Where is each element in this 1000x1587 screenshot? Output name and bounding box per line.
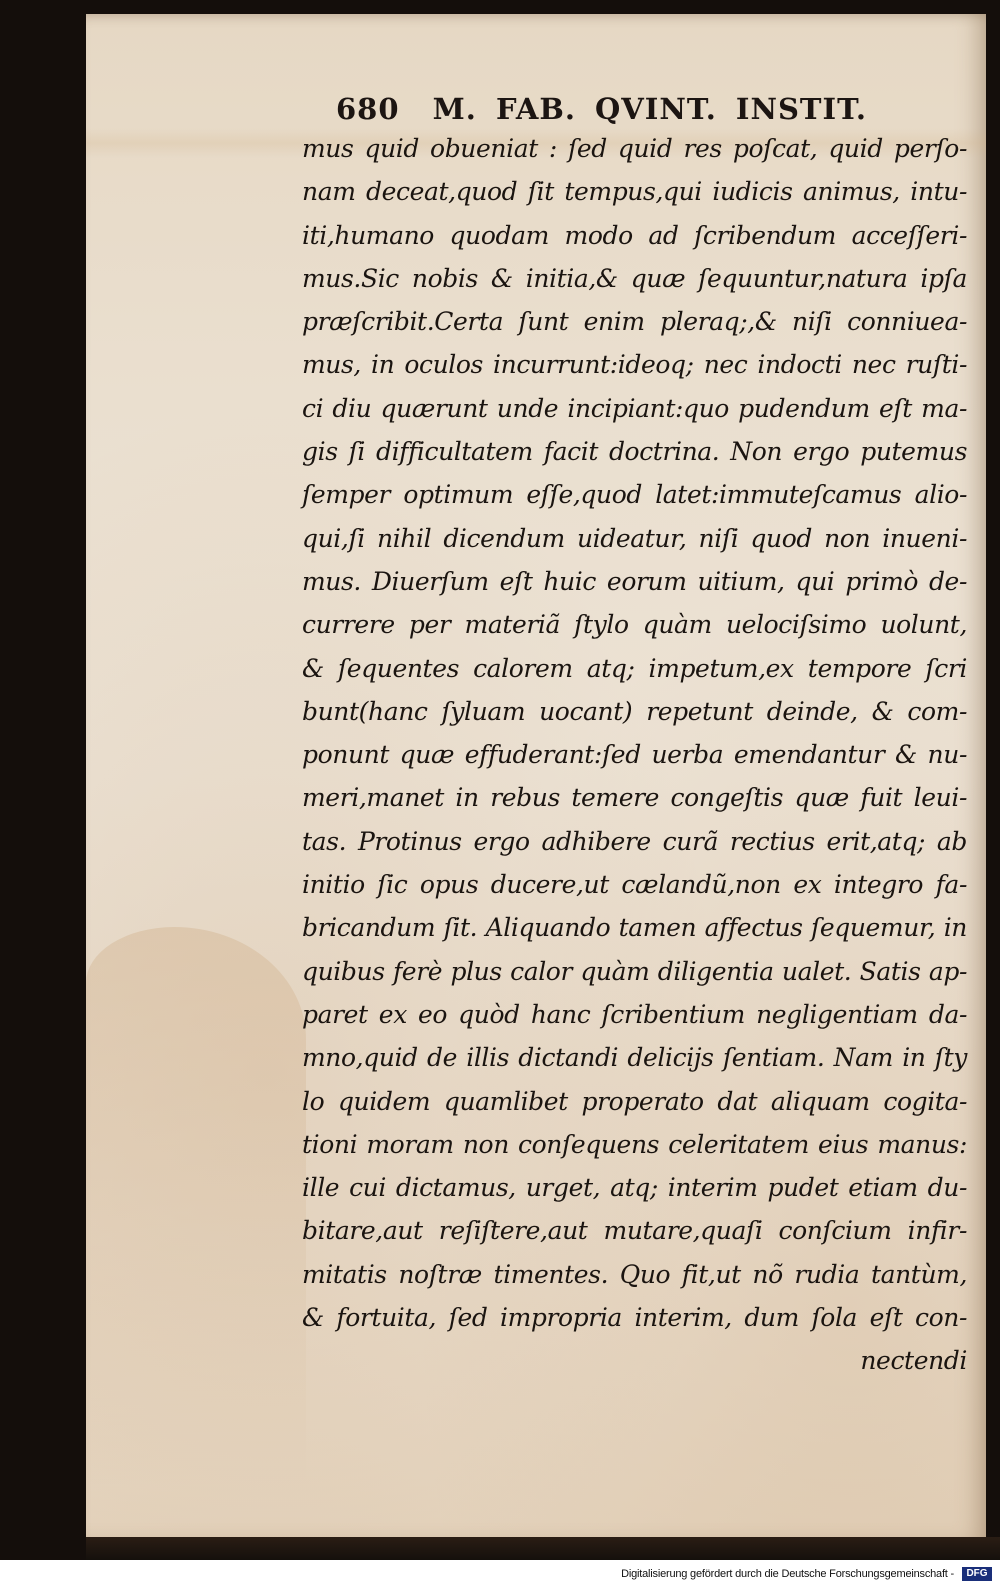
running-header: 680 M. FAB. QVINT. INSTIT. — [336, 92, 956, 132]
page-bottom-shadow — [86, 1537, 1000, 1560]
water-stain-left — [86, 927, 306, 1487]
text-line: mno,quid de illis dictandi delicijs ſent… — [302, 1036, 967, 1079]
text-line: meri,manet in rebus temere congeſtis quæ… — [302, 776, 967, 819]
text-line: paret ex eo quòd hanc ſcribentium neglig… — [302, 993, 967, 1036]
text-line: tioni moram non conſequens celeritatem e… — [302, 1123, 967, 1166]
scanned-page-image: 680 M. FAB. QVINT. INSTIT. mus quid obue… — [0, 0, 1000, 1560]
catchword: nectendi — [302, 1339, 967, 1382]
text-line: præſcribit.Certa ſunt enim pleraq;,& niſ… — [302, 300, 967, 343]
text-line: qui,ſi nihil dicendum uideatur, niſi quo… — [302, 517, 967, 560]
text-line: mus quid obueniat : ſed quid res poſcat,… — [302, 127, 967, 170]
digitization-footer: Digitalisierung gefördert durch die Deut… — [0, 1560, 1000, 1587]
text-line: mus.Sic nobis & initia,& quæ ſequuntur,n… — [302, 257, 967, 300]
funding-credit: Digitalisierung gefördert durch die Deut… — [621, 1568, 954, 1580]
text-line: mus, in oculos incurrunt:ideoq; nec indo… — [302, 343, 967, 386]
text-line: ille cui dictamus, urget, atq; interim p… — [302, 1166, 967, 1209]
text-line: bitare,aut reſiſtere,aut mutare,quaſi co… — [302, 1209, 967, 1252]
text-line: ponunt quæ effuderant:ſed uerba emendant… — [302, 733, 967, 776]
text-line: mus. Diuerſum eſt huic eorum uitium, qui… — [302, 560, 967, 603]
text-line: initio ſic opus ducere,ut cælandũ,non ex… — [302, 863, 967, 906]
text-line: quibus ferè plus calor quàm diligentia u… — [302, 950, 967, 993]
text-line: iti,humano quodam modo ad ſcribendum acc… — [302, 214, 967, 257]
text-line: ſemper optimum eſſe,quod latet:immuteſca… — [302, 473, 967, 516]
text-line: & fortuita, ſed impropria interim, dum ſ… — [302, 1296, 967, 1339]
text-line: currere per materiã ſtylo quàm uelociſsi… — [302, 603, 967, 646]
text-line: gis ſi difficultatem facit doctrina. Non… — [302, 430, 967, 473]
text-line: ci diu quærunt unde incipiant:quo pudend… — [302, 387, 967, 430]
page-number: 680 — [336, 92, 400, 126]
body-text: mus quid obueniat : ſed quid res poſcat,… — [302, 127, 967, 1383]
text-line: bunt(hanc ſyluam uocant) repetunt deinde… — [302, 690, 967, 733]
text-line: nam deceat,quod ſit tempus,qui iudicis a… — [302, 170, 967, 213]
text-line: bricandum ſit. Aliquando tamen affectus … — [302, 906, 967, 949]
text-line: mitatis noſtræ timentes. Quo fit,ut nõ r… — [302, 1253, 967, 1296]
dfg-logo-icon: DFG — [962, 1567, 992, 1581]
text-line: & ſequentes calorem atq; impetum,ex temp… — [302, 647, 967, 690]
text-line: tas. Protinus ergo adhibere curã rectius… — [302, 820, 967, 863]
text-line: lo quidem quamlibet properato dat aliqua… — [302, 1080, 967, 1123]
running-head-title: M. FAB. QVINT. INSTIT. — [433, 92, 867, 126]
